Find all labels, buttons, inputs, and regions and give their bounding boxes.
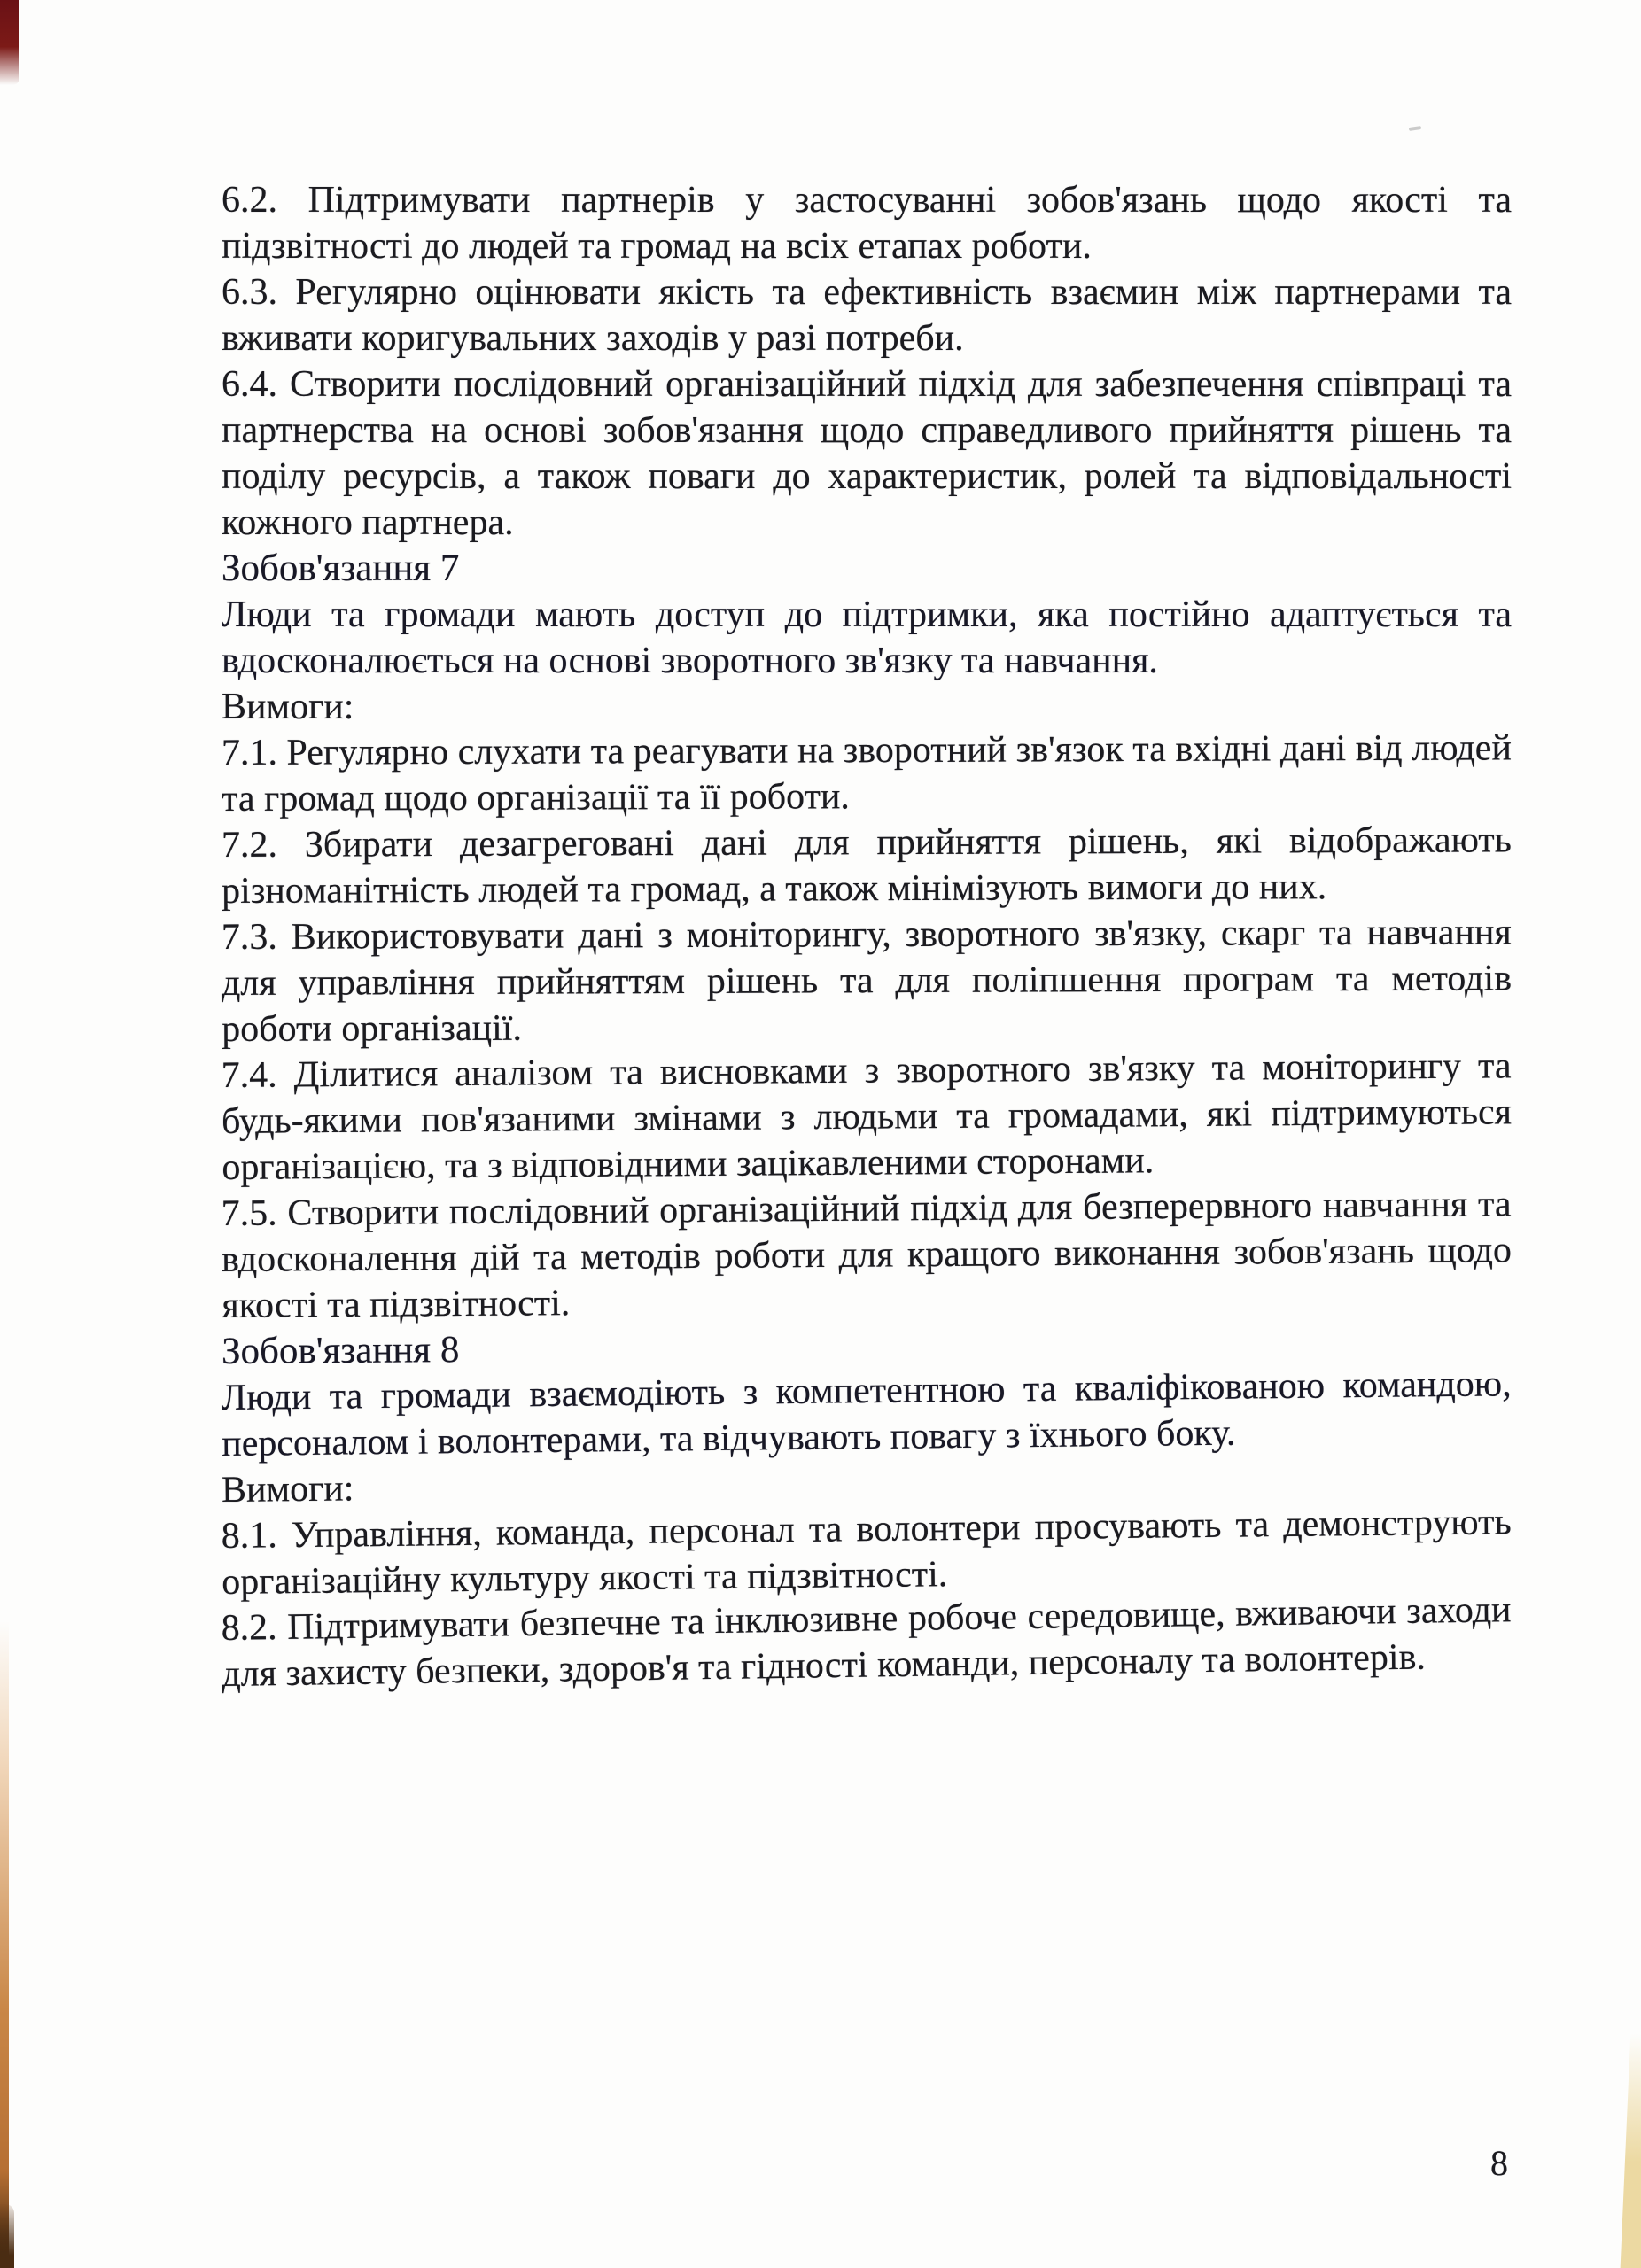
clause-7-4: 7.4. Ділитися аналізом та висновками з з… bbox=[221, 1043, 1512, 1191]
document-content: 6.2. Підтримувати партнерів у застосуван… bbox=[222, 177, 1512, 1697]
heading-commitment-7: Зобов'язання 7 bbox=[222, 546, 1512, 592]
scan-edge-corner-bottom-left bbox=[0, 2204, 14, 2268]
page-number: 8 bbox=[1490, 2142, 1508, 2184]
clause-7-3: 7.3. Використовувати дані з моніторингу,… bbox=[222, 909, 1513, 1052]
clause-7-5: 7.5. Створити послідовний організаційний… bbox=[221, 1181, 1512, 1329]
clause-6-3: 6.3. Регулярно оцінювати якість та ефект… bbox=[222, 269, 1512, 361]
clause-8-2: 8.2. Підтримувати безпечне та інклюзивне… bbox=[221, 1587, 1512, 1697]
scan-speck bbox=[1409, 126, 1421, 131]
clause-7-1: 7.1. Регулярно слухати та реагувати на з… bbox=[222, 725, 1512, 822]
scan-edge-mark-top-left bbox=[0, 0, 19, 85]
requirements-label-7: Вимоги: bbox=[222, 684, 1512, 730]
statement-commitment-7: Люди та громади мають доступ до підтримк… bbox=[222, 592, 1512, 684]
clause-7-2: 7.2. Збирати дезагреговані дані для прий… bbox=[222, 817, 1512, 914]
scanned-page: 6.2. Підтримувати партнерів у застосуван… bbox=[0, 0, 1641, 2268]
statement-commitment-8: Люди та громади взаємодіють з компетентн… bbox=[221, 1361, 1512, 1467]
clause-6-4: 6.4. Створити послідовний організаційний… bbox=[222, 361, 1512, 546]
scan-edge-strip-right bbox=[1618, 2033, 1641, 2268]
scan-edge-strip-left bbox=[0, 1621, 9, 2268]
clause-6-2: 6.2. Підтримувати партнерів у застосуван… bbox=[222, 177, 1512, 269]
